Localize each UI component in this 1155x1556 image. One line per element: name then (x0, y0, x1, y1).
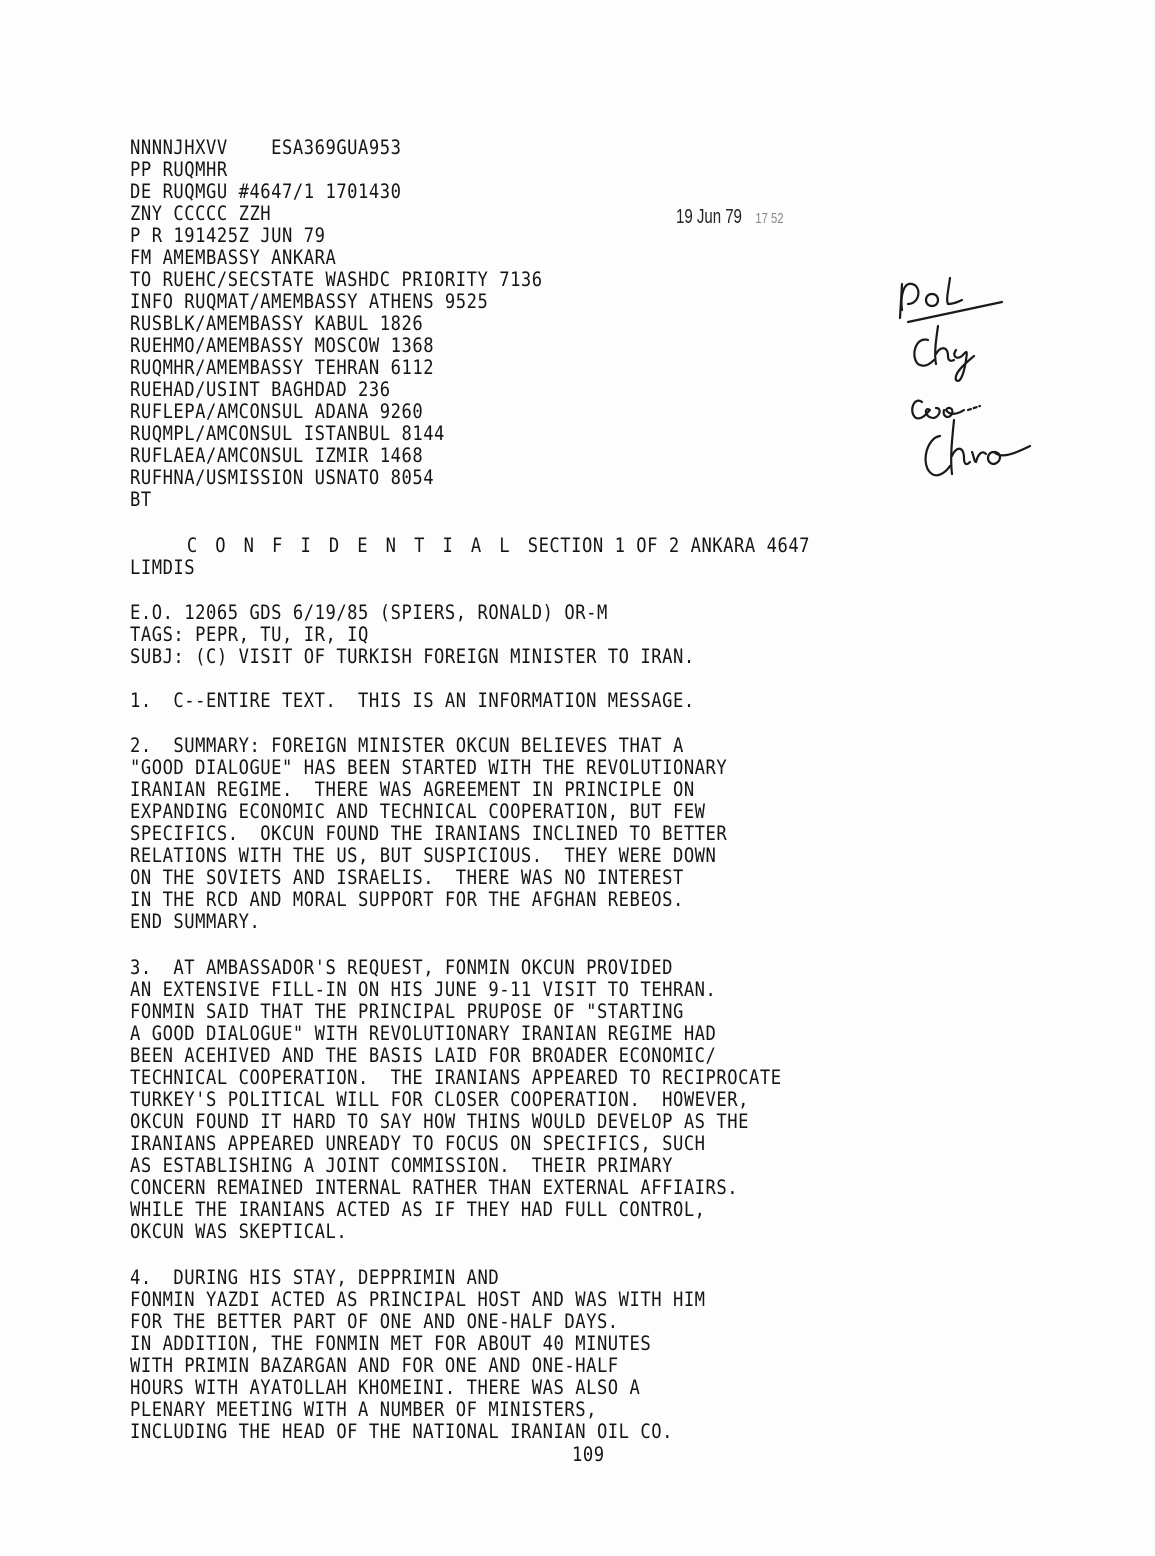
message-metadata: E.O. 12065 GDS 6/19/85 (SPIERS, RONALD) … (130, 602, 695, 668)
routing-line: DE RUQMGU #4647/1 1701430 (130, 181, 543, 203)
paragraph-line: A GOOD DIALOGUE" WITH REVOLUTIONARY IRAN… (130, 1023, 782, 1045)
handwriting-underline (908, 302, 1002, 322)
routing-line: RUQMPL/AMCONSUL ISTANBUL 8144 (130, 423, 543, 445)
paragraph-line: BEEN ACEHIVED AND THE BASIS LAID FOR BRO… (130, 1045, 782, 1067)
paragraph-line: IRANIANS APPEARED UNREADY TO FOCUS ON SP… (130, 1133, 782, 1155)
routing-line: RUQMHR/AMEMBASSY TEHRAN 6112 (130, 357, 543, 379)
time-stamp: 17 52 (755, 210, 783, 227)
handwriting-pol-l (947, 278, 962, 304)
paragraph-line: AN EXTENSIVE FILL-IN ON HIS JUNE 9-11 VI… (130, 979, 782, 1001)
paragraph-line: FOR THE BETTER PART OF ONE AND ONE-HALF … (130, 1311, 706, 1333)
paragraph-line: EXPANDING ECONOMIC AND TECHNICAL COOPERA… (130, 801, 727, 823)
date-stamp: 19 Jun 79 (676, 206, 742, 228)
paragraph-line: IN THE RCD AND MORAL SUPPORT FOR THE AFG… (130, 889, 727, 911)
routing-line: RUEHAD/USINT BAGHDAD 236 (130, 379, 543, 401)
paragraph-line: END SUMMARY. (130, 911, 727, 933)
routing-line: RUFLEPA/AMCONSUL ADANA 9260 (130, 401, 543, 423)
paragraph-line: FONMIN SAID THAT THE PRINCIPAL PRUPOSE O… (130, 1001, 782, 1023)
distribution-caveat: LIMDIS (130, 557, 195, 579)
telegram-page: NNNNJHXVV ESA369GUA953PP RUQMHRDE RUQMGU… (0, 0, 1155, 1556)
routing-line: ZNY CCCCC ZZH (130, 203, 543, 225)
paragraph-line: 1. C--ENTIRE TEXT. THIS IS AN INFORMATIO… (130, 690, 695, 712)
paragraph-line: OKCUN FOUND IT HARD TO SAY HOW THINS WOU… (130, 1111, 782, 1133)
routing-line: RUFLAEA/AMCONSUL IZMIR 1468 (130, 445, 543, 467)
routing-line: RUSBLK/AMEMBASSY KABUL 1826 (130, 313, 543, 335)
routing-line: FM AMEMBASSY ANKARA (130, 247, 543, 269)
page-number: 109 (572, 1444, 605, 1466)
paragraph-line: TURKEY'S POLITICAL WILL FOR CLOSER COOPE… (130, 1089, 782, 1111)
routing-line: TO RUEHC/SECSTATE WASHDC PRIORITY 7136 (130, 269, 543, 291)
paragraph-line: INCLUDING THE HEAD OF THE NATIONAL IRANI… (130, 1421, 706, 1443)
paragraph-line: SPECIFICS. OKCUN FOUND THE IRANIANS INCL… (130, 823, 727, 845)
routing-line: P R 191425Z JUN 79 (130, 225, 543, 247)
metadata-line: SUBJ: (C) VISIT OF TURKISH FOREIGN MINIS… (130, 646, 695, 668)
paragraph-line: "GOOD DIALOGUE" HAS BEEN STARTED WITH TH… (130, 757, 727, 779)
paragraph-4: 4. DURING HIS STAY, DEPPRIMIN ANDFONMIN … (130, 1267, 706, 1443)
paragraph-line: WHILE THE IRANIANS ACTED AS IF THEY HAD … (130, 1199, 782, 1221)
date-time-stamp: 19 Jun 7917 52 (676, 206, 784, 229)
metadata-line: TAGS: PEPR, TU, IR, IQ (130, 624, 695, 646)
routing-header: NNNNJHXVV ESA369GUA953PP RUQMHRDE RUQMGU… (130, 137, 543, 511)
paragraph-line: 4. DURING HIS STAY, DEPPRIMIN AND (130, 1267, 706, 1289)
paragraph-line: TECHNICAL COOPERATION. THE IRANIANS APPE… (130, 1067, 782, 1089)
handwriting-chron-c (926, 436, 950, 475)
paragraph-line: FONMIN YAZDI ACTED AS PRINCIPAL HOST AND… (130, 1289, 706, 1311)
paragraph-2: 2. SUMMARY: FOREIGN MINISTER OKCUN BELIE… (130, 735, 727, 933)
paragraph-line: IRANIAN REGIME. THERE WAS AGREEMENT IN P… (130, 779, 727, 801)
paragraph-line: 2. SUMMARY: FOREIGN MINISTER OKCUN BELIE… (130, 735, 727, 757)
paragraph-line: IN ADDITION, THE FONMIN MET FOR ABOUT 40… (130, 1333, 706, 1355)
routing-line: NNNNJHXVV ESA369GUA953 (130, 137, 543, 159)
paragraph-line: ON THE SOVIETS AND ISRAELIS. THERE WAS N… (130, 867, 727, 889)
handwriting-pol-p (901, 284, 918, 310)
paragraph-line: 3. AT AMBASSADOR'S REQUEST, FONMIN OKCUN… (130, 957, 782, 979)
routing-line: BT (130, 489, 543, 511)
handwritten-routing-notes (890, 270, 1060, 500)
paragraph-line: PLENARY MEETING WITH A NUMBER OF MINISTE… (130, 1399, 706, 1421)
paragraph-line: CONCERN REMAINED INTERNAL RATHER THAN EX… (130, 1177, 782, 1199)
routing-line: RUEHMO/AMEMBASSY MOSCOW 1368 (130, 335, 543, 357)
paragraph-3: 3. AT AMBASSADOR'S REQUEST, FONMIN OKCUN… (130, 957, 782, 1243)
classification-line: C O N F I D E N T I A L SECTION 1 OF 2 A… (130, 513, 810, 579)
paragraph-line: OKCUN WAS SKEPTICAL. (130, 1221, 782, 1243)
paragraph-line: WITH PRIMIN BAZARGAN AND FOR ONE AND ONE… (130, 1355, 706, 1377)
section-label: SECTION 1 OF 2 ANKARA 4647 (528, 534, 810, 557)
routing-line: RUFHNA/USMISSION USNATO 8054 (130, 467, 543, 489)
paragraph-line: HOURS WITH AYATOLLAH KHOMEINI. THERE WAS… (130, 1377, 706, 1399)
metadata-line: E.O. 12065 GDS 6/19/85 (SPIERS, RONALD) … (130, 602, 695, 624)
paragraph-line: RELATIONS WITH THE US, BUT SUSPICIOUS. T… (130, 845, 727, 867)
handwriting-pol-o (926, 294, 938, 306)
paragraph-1: 1. C--ENTIRE TEXT. THIS IS AN INFORMATIO… (130, 690, 695, 712)
paragraph-line: AS ESTABLISHING A JOINT COMMISSION. THEI… (130, 1155, 782, 1177)
routing-line: INFO RUQMAT/AMEMBASSY ATHENS 9525 (130, 291, 543, 313)
handwriting-chg-c (914, 339, 934, 365)
routing-line: PP RUQMHR (130, 159, 543, 181)
classification-label: C O N F I D E N T I A L (187, 534, 528, 557)
